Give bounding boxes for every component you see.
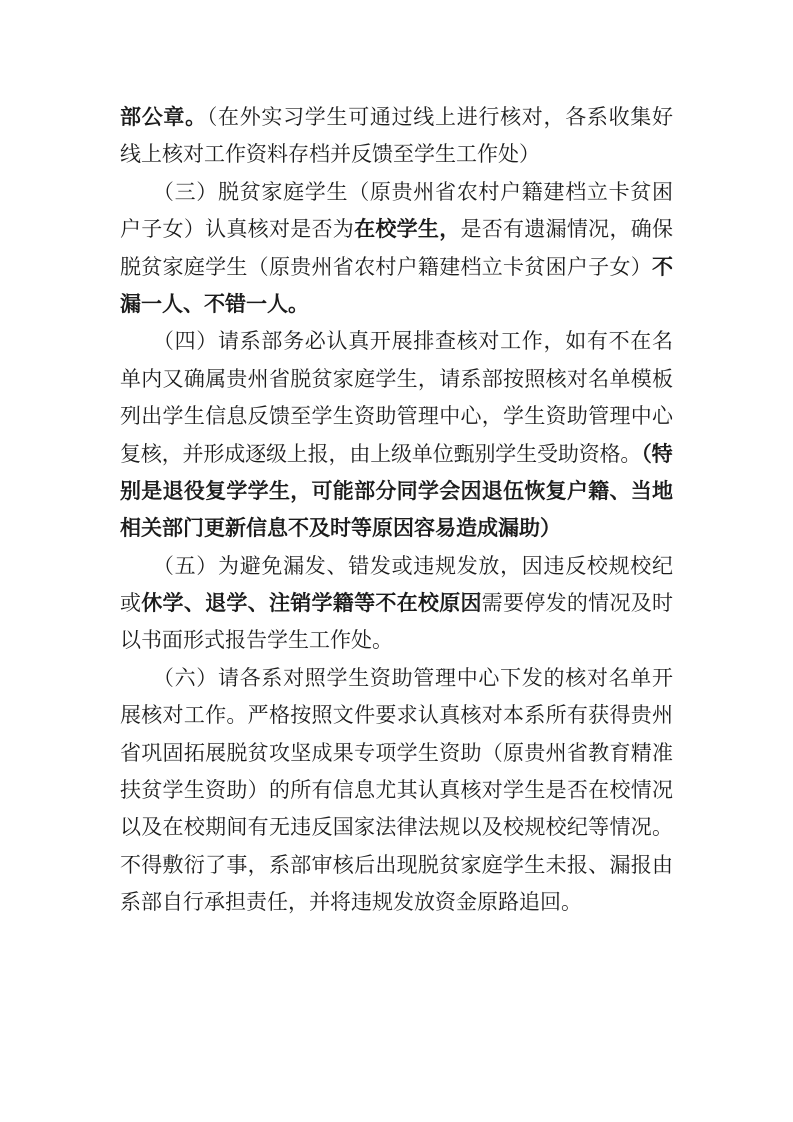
text-line: 单内又确属贵州省脱贫家庭学生，请系部按照核对名单模板 (120, 361, 673, 398)
bold-text-run: （特 (641, 442, 672, 466)
text-line: 别是退役复学学生，可能部分同学会因退伍恢复户籍、当地 (120, 473, 673, 510)
bold-text-run: 相关部门更新信息不及时等原因容易造成漏助） (120, 516, 561, 540)
bold-text-run: 不 (652, 255, 673, 279)
text-run: 户子女）认真核对是否为 (120, 217, 354, 241)
text-line: （三）脱贫家庭学生（原贵州省农村户籍建档立卡贫困 (120, 174, 673, 211)
text-run: （三）脱贫家庭学生（原贵州省农村户籍建档立卡贫困 (120, 180, 673, 204)
text-run: 省巩固拓展脱贫攻坚成果专项学生资助（原贵州省教育精准 (120, 741, 673, 765)
text-line: 省巩固拓展脱贫攻坚成果专项学生资助（原贵州省教育精准 (120, 735, 673, 772)
text-line: 扶贫学生资助）的所有信息尤其认真核对学生是否在校情况 (120, 772, 673, 809)
para-item-4: （四）请系部务必认真开展排查核对工作，如有不在名单内又确属贵州省脱贫家庭学生，请… (120, 323, 673, 547)
text-run: 单内又确属贵州省脱贫家庭学生，请系部按照核对名单模板 (120, 367, 673, 391)
bold-text-run: 别是退役复学学生，可能部分同学会因退伍恢复户籍、当地 (120, 479, 673, 503)
text-run: 不得敷衍了事，系部审核后出现脱贫家庭学生未报、漏报由 (120, 853, 673, 877)
text-run: 线上核对工作资料存档并反馈至学生工作处） (120, 142, 540, 166)
text-line: 展核对工作。严格按照文件要求认真核对本系所有获得贵州 (120, 697, 673, 734)
bold-text-run: 休学、退学、注销学籍等不在校原因 (141, 591, 481, 615)
text-line: 以及在校期间有无违反国家法律法规以及校规校纪等情况。 (120, 809, 673, 846)
para-seal-online-check: 部公章。（在外实习学生可通过线上进行核对，各系收集好线上核对工作资料存档并反馈至… (120, 99, 673, 174)
text-run: 扶贫学生资助）的所有信息尤其认真核对学生是否在校情况 (120, 778, 673, 802)
text-run: 需要停发的情况及时 (482, 591, 673, 615)
text-line: 相关部门更新信息不及时等原因容易造成漏助） (120, 510, 673, 547)
text-line: （四）请系部务必认真开展排查核对工作，如有不在名 (120, 323, 673, 360)
text-line: 复核，并形成逐级上报，由上级单位甄别学生受助资格。（特 (120, 436, 673, 473)
para-item-6: （六）请各系对照学生资助管理中心下发的核对名单开展核对工作。严格按照文件要求认真… (120, 660, 673, 922)
text-line: 系部自行承担责任，并将违规发放资金原路追回。 (120, 884, 673, 921)
text-run: 脱贫家庭学生（原贵州省农村户籍建档立卡贫困户子女） (120, 255, 652, 279)
bold-text-run: 漏一人、不错一人。 (120, 292, 309, 316)
text-line: 线上核对工作资料存档并反馈至学生工作处） (120, 136, 673, 173)
text-line: 列出学生信息反馈至学生资助管理中心，学生资助管理中心 (120, 398, 673, 435)
text-run: 是否有遗漏情况，确保 (461, 217, 674, 241)
bold-text-run: 在校学生， (354, 217, 460, 241)
text-run: 列出学生信息反馈至学生资助管理中心，学生资助管理中心 (120, 404, 673, 428)
text-run: 以书面形式报告学生工作处。 (120, 628, 393, 652)
text-line: （六）请各系对照学生资助管理中心下发的核对名单开 (120, 660, 673, 697)
text-line: （五）为避免漏发、错发或违规发放，因违反校规校纪 (120, 548, 673, 585)
text-run: 复核，并形成逐级上报，由上级单位甄别学生受助资格。 (120, 442, 641, 466)
text-run: （四）请系部务必认真开展排查核对工作，如有不在名 (120, 329, 673, 353)
text-line: 脱贫家庭学生（原贵州省农村户籍建档立卡贫困户子女）不 (120, 249, 673, 286)
document-content: 部公章。（在外实习学生可通过线上进行核对，各系收集好线上核对工作资料存档并反馈至… (120, 99, 673, 922)
text-run: （五）为避免漏发、错发或违规发放，因违反校规校纪 (120, 554, 673, 578)
text-line: 户子女）认真核对是否为在校学生，是否有遗漏情况，确保 (120, 211, 673, 248)
bold-text-run: 部公章。 (120, 105, 207, 129)
text-line: 部公章。（在外实习学生可通过线上进行核对，各系收集好 (120, 99, 673, 136)
text-run: 系部自行承担责任，并将违规发放资金原路追回。 (120, 890, 582, 914)
text-run: （六）请各系对照学生资助管理中心下发的核对名单开 (120, 666, 673, 690)
text-line: 不得敷衍了事，系部审核后出现脱贫家庭学生未报、漏报由 (120, 847, 673, 884)
para-item-5: （五）为避免漏发、错发或违规发放，因违反校规校纪或休学、退学、注销学籍等不在校原… (120, 548, 673, 660)
text-run: 以及在校期间有无违反国家法律法规以及校规校纪等情况。 (120, 815, 673, 839)
document-page: 部公章。（在外实习学生可通过线上进行核对，各系收集好线上核对工作资料存档并反馈至… (0, 0, 793, 1122)
text-line: 或休学、退学、注销学籍等不在校原因需要停发的情况及时 (120, 585, 673, 622)
para-item-3: （三）脱贫家庭学生（原贵州省农村户籍建档立卡贫困户子女）认真核对是否为在校学生，… (120, 174, 673, 324)
text-run: 或 (120, 591, 141, 615)
text-line: 漏一人、不错一人。 (120, 286, 673, 323)
text-run: 展核对工作。严格按照文件要求认真核对本系所有获得贵州 (120, 703, 673, 727)
text-line: 以书面形式报告学生工作处。 (120, 622, 673, 659)
text-run: （在外实习学生可通过线上进行核对，各系收集好 (207, 105, 673, 129)
